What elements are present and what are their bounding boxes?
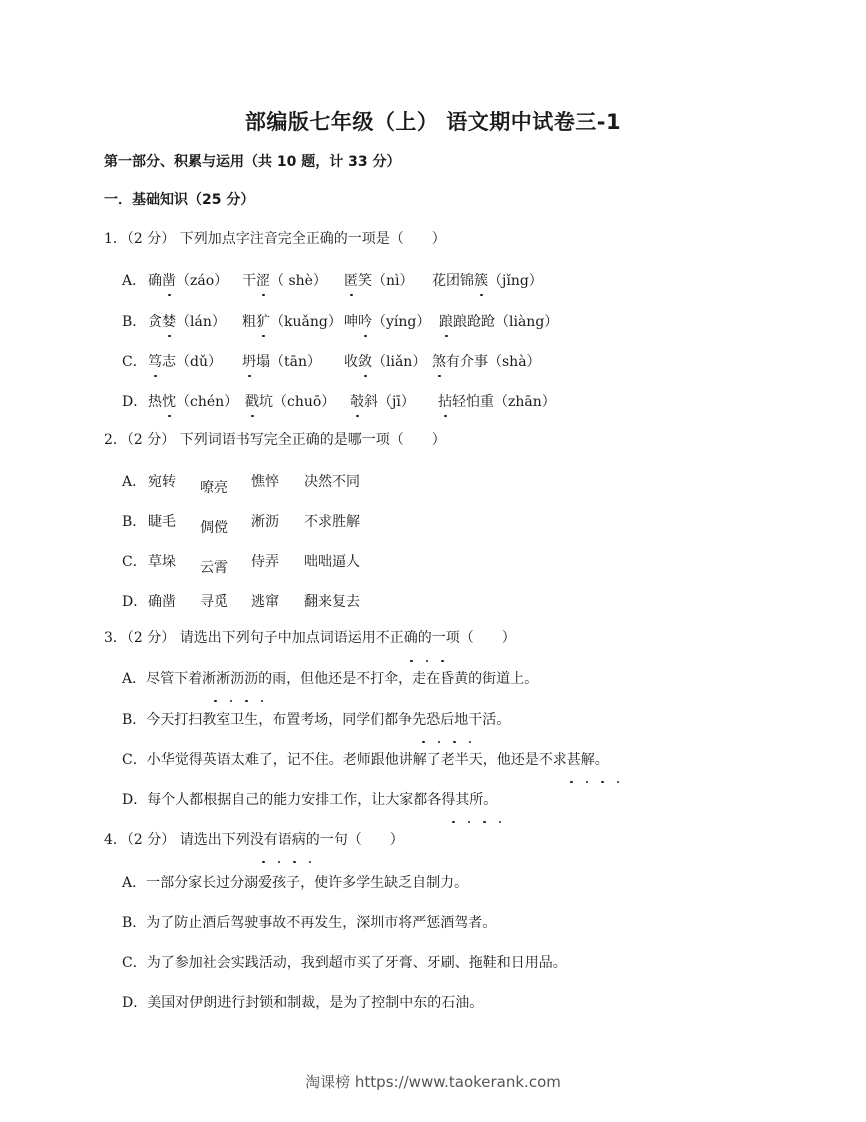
emphasized-char: 拈	[438, 391, 452, 411]
emphasized-char: 戳	[245, 391, 259, 411]
word-part: 贪	[148, 314, 162, 330]
word: 咄咄逼人	[304, 551, 360, 571]
option-label: D．	[122, 995, 147, 1011]
question-score: （2 分）	[127, 832, 175, 848]
emphasized-char: 犷	[256, 311, 270, 331]
emphasized-char: 匿	[344, 270, 358, 290]
emphasized-char: 攲	[350, 391, 364, 411]
option-label: A．	[122, 471, 146, 491]
question-text: 请选出下列句子中加点词语运用不正确的一项（ ）	[180, 630, 516, 646]
question-number: 4．	[104, 832, 127, 848]
option-label: B．	[122, 712, 146, 728]
pinyin-item: 花团锦簇（jǐng）	[432, 270, 543, 290]
option-text: 小华觉得英语太难了，记不住。老师跟他讲解了老半天，他还是不求甚解。	[147, 752, 609, 768]
word: 憔悴	[251, 471, 279, 491]
word-part: 轻怕重	[452, 394, 494, 410]
pinyin: （záo）	[176, 273, 228, 289]
emphasized-char: 簇	[474, 270, 488, 290]
word-part: 确	[148, 273, 162, 289]
word-part: 呻	[344, 314, 358, 330]
emphasized-char: 踉	[439, 311, 453, 331]
question-text: 请选出下列没有语病的一句（ ）	[180, 832, 404, 848]
option-text: 每个人都根据自己的能力安排工作，让大家都各得其所。	[147, 792, 497, 808]
emphasis-dots	[262, 851, 324, 867]
question-score: （2 分）	[127, 231, 175, 247]
pinyin: （liǎn）	[372, 354, 426, 370]
pinyin: （chuō）	[273, 394, 335, 410]
pinyin-item: 踉踉跄跄（liàng）	[439, 311, 558, 331]
emphasized-char: 笃	[148, 351, 162, 371]
question-text: 下列词语书写完全正确的是哪一项（ ）	[180, 432, 446, 448]
option-4a: A．一部分家长过分溺爱孩子，使许多学生缺乏自制力。	[122, 872, 468, 892]
pinyin: （lán）	[176, 314, 226, 330]
emphasis-dots	[410, 650, 457, 666]
option-label: B．	[122, 311, 146, 331]
word: 宛转	[148, 471, 176, 491]
section-heading: 一．基础知识（25 分）	[104, 189, 254, 209]
word: 云霄	[200, 557, 228, 577]
word: 逃窜	[251, 591, 279, 611]
pinyin: （jī）	[378, 394, 415, 410]
option-label: C．	[122, 551, 147, 571]
emphasized-char: 煞	[432, 351, 446, 371]
option-3c: C．小华觉得英语太难了，记不住。老师跟他讲解了老半天，他还是不求甚解。	[122, 749, 609, 769]
option-text: 尽管下着淅淅沥沥的雨，但他还是不打伞，走在昏黄的街道上。	[146, 671, 538, 687]
option-label: C．	[122, 351, 147, 371]
pinyin-item: 干涩（ shè）	[242, 270, 327, 290]
word: 睫毛	[148, 511, 176, 531]
pinyin-item: 粗犷（kuǎng）	[242, 311, 342, 331]
emphasized-char: 敛	[358, 351, 372, 371]
word-part: 有介事	[446, 354, 488, 370]
option-text: 一部分家长过分溺爱孩子，使许多学生缺乏自制力。	[146, 875, 468, 891]
word: 寻觅	[200, 591, 228, 611]
pinyin-item: 贪婪（lán）	[148, 311, 226, 331]
option-text: 今天打扫教室卫生，布置考场，同学们都争先恐后地干活。	[146, 712, 510, 728]
word: 淅沥	[251, 511, 279, 531]
question-text: 下列加点字注音完全正确的一项是（ ）	[180, 231, 446, 247]
emphasis-dots	[570, 771, 632, 787]
option-label: C．	[122, 752, 147, 768]
option-label: A．	[122, 671, 146, 687]
word-part: 坑	[259, 394, 273, 410]
pinyin-item: 热忱（chén）	[148, 391, 238, 411]
question-4-stem: 4．（2 分） 请选出下列没有语病的一句（ ）	[104, 829, 404, 849]
pinyin-item: 笃志（dǔ）	[148, 351, 222, 371]
pinyin: （kuǎng）	[270, 314, 342, 330]
option-3a: A．尽管下着淅淅沥沥的雨，但他还是不打伞，走在昏黄的街道上。	[122, 668, 538, 688]
pinyin-item: 煞有介事（shà）	[432, 351, 541, 371]
option-label: D．	[122, 591, 147, 611]
emphasized-char: 凿	[162, 270, 176, 290]
part-heading: 第一部分、积累与运用（共 10 题，计 33 分）	[104, 151, 400, 171]
pinyin: （yíng）	[372, 314, 430, 330]
question-number: 2．	[104, 432, 127, 448]
option-label: B．	[122, 915, 146, 931]
option-label: D．	[122, 792, 147, 808]
pinyin-item: 拈轻怕重（zhān）	[438, 391, 556, 411]
pinyin: （chén）	[176, 394, 238, 410]
emphasized-char: 吟	[358, 311, 372, 331]
word-part: 志	[162, 354, 176, 370]
pinyin: （shà）	[488, 354, 541, 370]
option-4c: C．为了参加社会实践活动，我到超市买了牙膏、牙刷、拖鞋和日用品。	[122, 952, 567, 972]
word-part: 花团锦	[432, 273, 474, 289]
option-text: 美国对伊朗进行封锁和制裁，是为了控制中东的石油。	[147, 995, 483, 1011]
word-part: 踉跄跄	[453, 314, 495, 330]
word: 决然不同	[304, 471, 360, 491]
option-3b: B．今天打扫教室卫生，布置考场，同学们都争先恐后地干活。	[122, 709, 510, 729]
option-label: A．	[122, 875, 146, 891]
emphasis-dots	[214, 690, 276, 706]
emphasized-char: 婪	[162, 311, 176, 331]
option-label: D．	[122, 391, 147, 411]
word-part: 斜	[364, 394, 378, 410]
pinyin-item: 攲斜（jī）	[350, 391, 415, 411]
word-part: 笑	[358, 273, 372, 289]
pinyin: （jǐng）	[488, 273, 543, 289]
emphasis-dots	[422, 731, 484, 747]
word: 侍弄	[251, 551, 279, 571]
option-3d: D．每个人都根据自己的能力安排工作，让大家都各得其所。	[122, 789, 497, 809]
option-4b: B．为了防止酒后驾驶事故不再发生，深圳市将严惩酒驾者。	[122, 912, 496, 932]
option-label: C．	[122, 955, 147, 971]
option-text: 为了参加社会实践活动，我到超市买了牙膏、牙刷、拖鞋和日用品。	[147, 955, 567, 971]
pinyin: （liàng）	[495, 314, 558, 330]
pinyin-item: 确凿（záo）	[148, 270, 228, 290]
pinyin: （tān）	[270, 354, 321, 370]
emphasized-char: 忱	[162, 391, 176, 411]
pinyin: （dǔ）	[176, 354, 222, 370]
word-part: 收	[344, 354, 358, 370]
word: 嘹亮	[200, 477, 228, 497]
option-label: B．	[122, 511, 146, 531]
pinyin-item: 收敛（liǎn）	[344, 351, 426, 371]
page-title: 部编版七年级（上） 语文期中试卷三-1	[0, 106, 866, 136]
question-1-stem: 1．（2 分） 下列加点字注音完全正确的一项是（ ）	[104, 228, 446, 248]
emphasis-dots	[452, 811, 514, 827]
watermark-footer: 淘课榜 https://www.taokerank.com	[0, 1071, 866, 1092]
question-score: （2 分）	[127, 630, 175, 646]
option-label: A．	[122, 270, 146, 290]
word: 翻来复去	[304, 591, 360, 611]
pinyin-item: 戳坑（chuō）	[245, 391, 335, 411]
word-part: 热	[148, 394, 162, 410]
pinyin-item: 呻吟（yíng）	[344, 311, 430, 331]
emphasized-char: 涩	[256, 270, 270, 290]
word-part: 塌	[256, 354, 270, 370]
question-score: （2 分）	[127, 432, 175, 448]
emphasized-char: 坍	[242, 351, 256, 371]
option-4d: D．美国对伊朗进行封锁和制裁，是为了控制中东的石油。	[122, 992, 483, 1012]
pinyin-item: 匿笑（nì）	[344, 270, 414, 290]
question-number: 3．	[104, 630, 127, 646]
word-part: 粗	[242, 314, 256, 330]
question-3-stem: 3．（2 分） 请选出下列句子中加点词语运用不正确的一项（ ）	[104, 627, 516, 647]
word-part: 干	[242, 273, 256, 289]
word: 草垛	[148, 551, 176, 571]
question-number: 1．	[104, 231, 127, 247]
word: 不求胜解	[304, 511, 360, 531]
pinyin: （nì）	[372, 273, 414, 289]
word: 确凿	[148, 591, 176, 611]
option-text: 为了防止酒后驾驶事故不再发生，深圳市将严惩酒驾者。	[146, 915, 496, 931]
pinyin: （zhān）	[494, 394, 556, 410]
question-2-stem: 2．（2 分） 下列词语书写完全正确的是哪一项（ ）	[104, 429, 446, 449]
pinyin-item: 坍塌（tān）	[242, 351, 321, 371]
pinyin: （ shè）	[270, 273, 327, 289]
word: 倜傥	[200, 517, 228, 537]
